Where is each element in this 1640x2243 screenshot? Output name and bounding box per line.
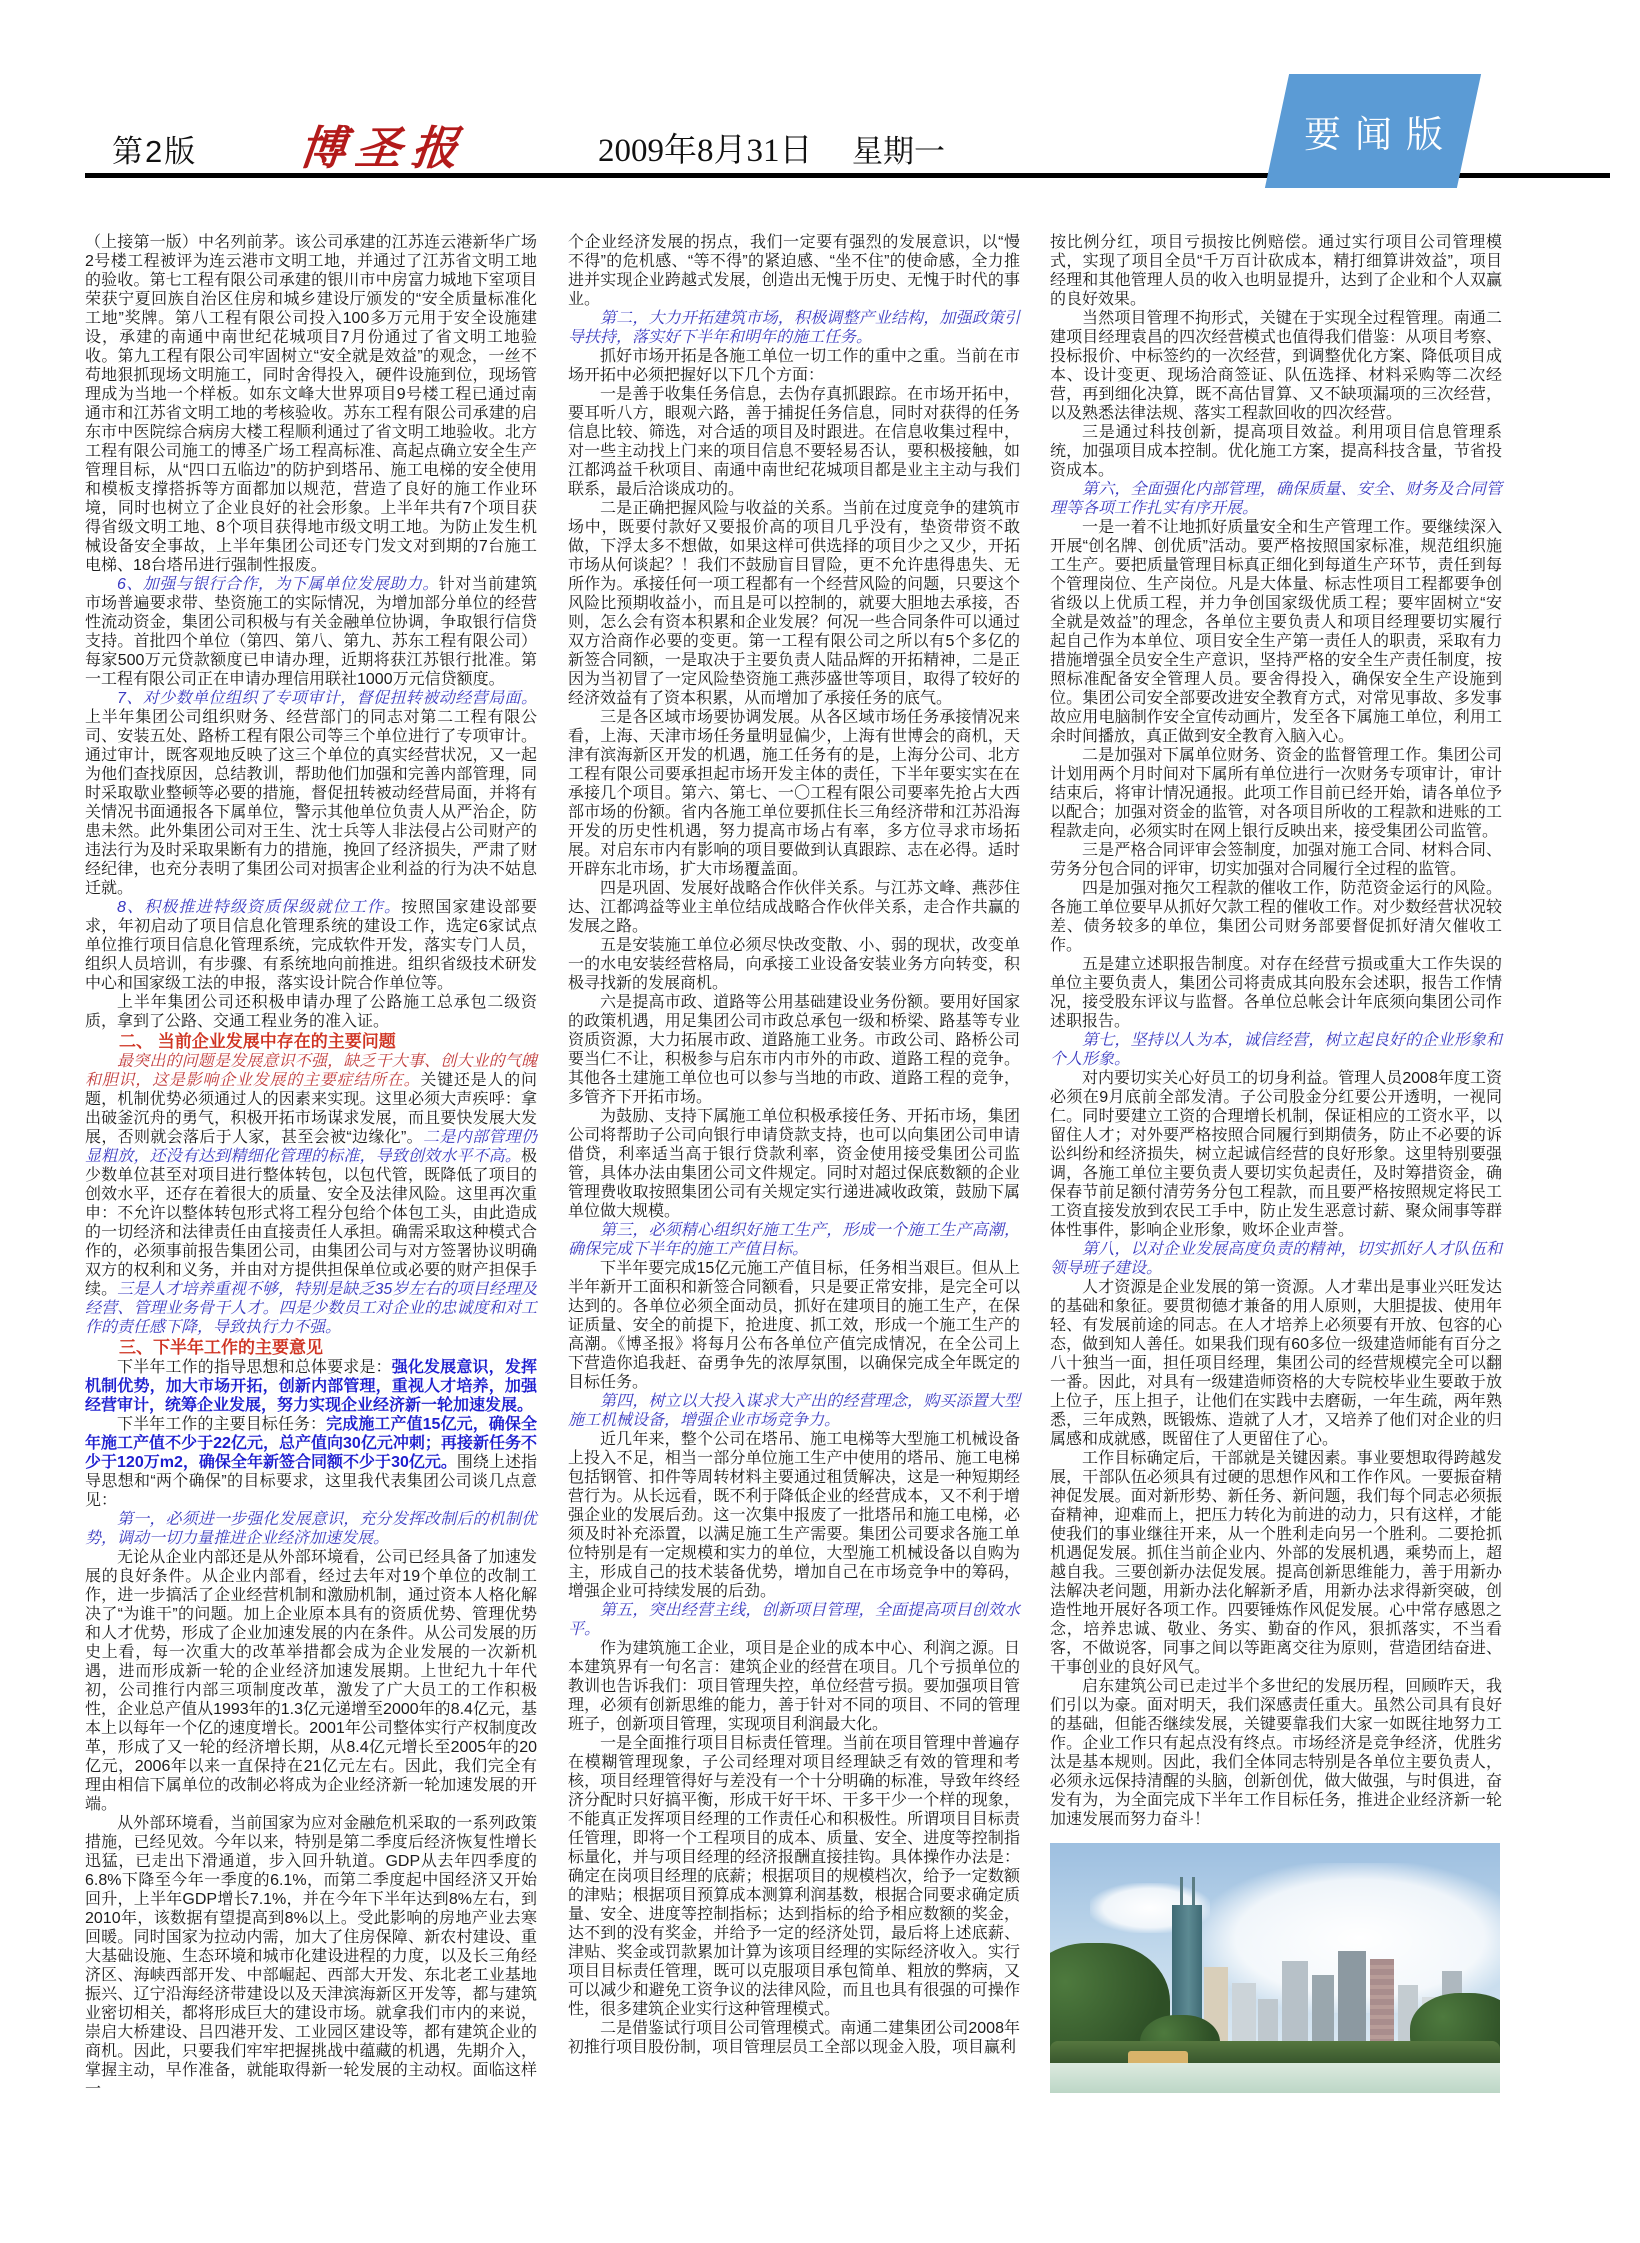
text-segment: 一是全面推行项目目标责任管理。当前在项目管理中普遍存在模糊管理现象，子公司经理对… xyxy=(568,1735,1020,2018)
paragraph: 从外部环境看，当前国家为应对金融危机采取的一系列政策措施，已经见效。今年以来，特… xyxy=(85,1814,537,2099)
paragraph: 四是巩固、发展好战略合作伙伴关系。与江苏文峰、燕莎住达、江都鸿益等业主单位结成战… xyxy=(568,879,1020,936)
text-segment: 无论从企业内部还是从外部环境看，公司已经具备了加速发展的良好条件。从企业内部看，… xyxy=(85,1549,537,1813)
text-segment: 一是一着不让地抓好质量安全和生产管理工作。要继续深入开展“创名牌、创优质”活动。… xyxy=(1050,519,1502,745)
paragraph: 一是一着不让地抓好质量安全和生产管理工作。要继续深入开展“创名牌、创优质”活动。… xyxy=(1050,518,1502,746)
paragraph: 四是加强对拖欠工程款的催收工作，防范资金运行的风险。各施工单位要早从抓好欠款工程… xyxy=(1050,879,1502,955)
text-segment: 三是严格合同评审会签制度，加强对施工合同、材料合同、劳务分包合同的评审，切实加强… xyxy=(1050,842,1502,878)
paragraph: 下半年工作的主要目标任务：完成施工产值15亿元，确保全年施工产值不少于22亿元，… xyxy=(85,1415,537,1510)
text-segment: 为鼓励、支持下属施工单位积极承接任务、开拓市场，集团公司将帮助子公司向银行申请贷… xyxy=(568,1108,1020,1220)
photo-cityscape xyxy=(1050,1843,1500,2093)
paragraph: 6、加强与银行合作，为下属单位发展助力。针对当前建筑市场普遍要求带、垫资施工的实… xyxy=(85,575,537,689)
text-segment: 7、对少数单位组织了专项审计，督促扭转被动经营局面。 xyxy=(117,690,537,707)
text-segment: 当然项目管理不拘形式，关键在于实现全过程管理。南通二建项目经理袁昌的四次经营模式… xyxy=(1050,310,1502,422)
paragraph: 按比例分红，项目亏损按比例赔偿。通过实行项目公司管理模式，实现了项目全员“千万百… xyxy=(1050,233,1502,309)
text-segment: 第四，树立以大投入谋求大产出的经营理念，购买添置大型施工机械设备，增强企业市场竞… xyxy=(568,1393,1020,1429)
text-segment: 下半年工作的指导思想和总体要求是： xyxy=(117,1359,392,1376)
paragraph: 第三，必须精心组织好施工生产，形成一个施工生产高潮，确保完成下半年的施工产值目标… xyxy=(568,1221,1020,1259)
photo-building xyxy=(1338,1951,1366,2055)
text-segment: 从外部环境看，当前国家为应对金融危机采取的一系列政策措施，已经见效。今年以来，特… xyxy=(85,1815,537,2098)
paragraph: 对内要切实关心好员工的切身利益。管理人员2008年度工资必须在9月底前全部发清。… xyxy=(1050,1069,1502,1240)
paragraph: 三是严格合同评审会签制度，加强对施工合同、材料合同、劳务分包合同的评审，切实加强… xyxy=(1050,841,1502,879)
text-segment: 按比例分红，项目亏损按比例赔偿。通过实行项目公司管理模式，实现了项目全员“千万百… xyxy=(1050,234,1502,308)
text-segment: 三、下半年工作的主要意见 xyxy=(119,1338,323,1357)
paragraph: 7、对少数单位组织了专项审计，督促扭转被动经营局面。上半年集团公司组织财务、经营… xyxy=(85,689,537,898)
paragraph: 一是善于收集任务信息，去伪存真抓跟踪。在市场开拓中，要耳听八方，眼观六路，善于捕… xyxy=(568,385,1020,499)
section-heading: 三、下半年工作的主要意见 xyxy=(85,1337,537,1358)
text-segment: 二是正确把握风险与收益的关系。当前在过度竞争的建筑市场中，既要付款好又要报价高的… xyxy=(568,500,1020,707)
issue-date: 2009年8月31日 xyxy=(598,124,813,171)
text-segment: 下半年要完成15亿元施工产值目标，任务相当艰巨。但从上半年新开工面积和新签合同额… xyxy=(568,1260,1020,1391)
paragraph: 为鼓励、支持下属施工单位积极承接任务、开拓市场，集团公司将帮助子公司向银行申请贷… xyxy=(568,1107,1020,1221)
newspaper-page: 第2版 博圣报 2009年8月31日 星期一 要闻版 （上接第一版）中名列前茅。… xyxy=(0,0,1640,2243)
paragraph: 第七，坚持以人为本，诚信经营，树立起良好的企业形象和个人形象。 xyxy=(1050,1031,1502,1069)
paragraph: 一是全面推行项目目标责任管理。当前在项目管理中普遍存在模糊管理现象，子公司经理对… xyxy=(568,1734,1020,2019)
text-segment: 8、积极推进特级资质保级就位工作。 xyxy=(117,899,401,916)
paragraph: 工作目标确定后，干部就是关键因素。事业要想取得跨越发展，干部队伍必须具有过硬的思… xyxy=(1050,1449,1502,1677)
paragraph: 第八，以对企业发展高度负责的精神，切实抓好人才队伍和领导班子建设。 xyxy=(1050,1240,1502,1278)
paragraph: 个企业经济发展的拐点，我们一定要有强烈的发展意识，以“慢不得”的危机感、“等不得… xyxy=(568,233,1020,309)
paragraph: （上接第一版）中名列前茅。该公司承建的江苏连云港新华广场2号楼工程被评为连云港市… xyxy=(85,233,537,575)
text-segment: 上半年集团公司还积极申请办理了公路施工总承包二级资质，拿到了公路、交通工程业务的… xyxy=(85,994,537,1030)
paragraph: 六是提高市政、道路等公用基础建设业务份额。要用好国家的政策机遇，用足集团公司市政… xyxy=(568,993,1020,1107)
paragraph: 第一，必须进一步强化发展意识，充分发挥改制后的机制优势，调动一切力量推进企业经济… xyxy=(85,1510,537,1548)
photo-antenna xyxy=(1192,1877,1195,1905)
text-segment: 三是各区域市场要协调发展。从各区域市场任务承接情况来看，上海、天津市场任务量明显… xyxy=(568,709,1020,878)
paragraph: 人才资源是企业发展的第一资源。人才辈出是事业兴旺发达的基础和象征。要贯彻德才兼备… xyxy=(1050,1278,1502,1449)
paragraph: 抓好市场开拓是各施工单位一切工作的重中之重。当前在市场开拓中必须把握好以下几个方… xyxy=(568,347,1020,385)
text-segment: （上接第一版）中名列前茅。该公司承建的江苏连云港新华广场2号楼工程被评为连云港市… xyxy=(85,234,537,574)
paragraph: 三是各区域市场要协调发展。从各区域市场任务承接情况来看，上海、天津市场任务量明显… xyxy=(568,708,1020,879)
text-segment: 第三，必须精心组织好施工生产，形成一个施工生产高潮，确保完成下半年的施工产值目标… xyxy=(568,1222,1020,1258)
text-segment: 六是提高市政、道路等公用基础建设业务份额。要用好国家的政策机遇，用足集团公司市政… xyxy=(568,994,1020,1106)
text-segment: 第七，坚持以人为本，诚信经营，树立起良好的企业形象和个人形象。 xyxy=(1050,1032,1502,1068)
text-segment: 二、 当前企业发展中存在的主要问题 xyxy=(119,1032,396,1051)
newspaper-logo: 博圣报 xyxy=(297,112,472,178)
text-segment: 作为建筑施工企业，项目是企业的成本中心、利润之源。日本建筑界有一句名言：建筑企业… xyxy=(568,1640,1020,1733)
text-segment: 第五，突出经营主线，创新项目管理，全面提高项目创效水平。 xyxy=(568,1602,1020,1638)
text-segment: 四是加强对拖欠工程款的催收工作，防范资金运行的风险。各施工单位要早从抓好欠款工程… xyxy=(1050,880,1502,954)
text-segment: 一是善于收集任务信息，去伪存真抓跟踪。在市场开拓中，要耳听八方，眼观六路，善于捕… xyxy=(568,386,1020,498)
photo-antenna xyxy=(1180,1877,1183,1905)
paragraph: 作为建筑施工企业，项目是企业的成本中心、利润之源。日本建筑界有一句名言：建筑企业… xyxy=(568,1639,1020,1734)
photo-boat-roof xyxy=(1128,2051,1188,2063)
text-segment: 三是通过科技创新，提高项目效益。利用项目信息管理系统，加强项目成本控制。优化施工… xyxy=(1050,424,1502,479)
paragraph: 第四，树立以大投入谋求大产出的经营理念，购买添置大型施工机械设备，增强企业市场竞… xyxy=(568,1392,1020,1430)
paragraph: 近几年来，整个公司在塔吊、施工电梯等大型施工机械设备上投入不足，相当一部分单位施… xyxy=(568,1430,1020,1601)
text-segment: 三是人才培养重视不够，特别是缺乏35岁左右的项目经理及经营、管理业务骨干人才。四… xyxy=(85,1281,537,1336)
paragraph: 二是正确把握风险与收益的关系。当前在过度竞争的建筑市场中，既要付款好又要报价高的… xyxy=(568,499,1020,708)
text-segment: 五是建立述职报告制度。对存在经营亏损或重大工作失误的单位主要负责人，集团公司将责… xyxy=(1050,956,1502,1030)
text-segment: 四是巩固、发展好战略合作伙伴关系。与江苏文峰、燕莎住达、江都鸿益等业主单位结成战… xyxy=(568,880,1020,935)
section-heading: 二、 当前企业发展中存在的主要问题 xyxy=(85,1031,537,1052)
weekday-label: 星期一 xyxy=(852,126,945,171)
text-segment: 第二，大力开拓建筑市场，积极调整产业结构，加强政策引导扶持，落实好下半年和明年的… xyxy=(568,310,1020,346)
text-segment: 下半年工作的主要目标任务： xyxy=(117,1416,326,1433)
text-column-2: 个企业经济发展的拐点，我们一定要有强烈的发展意识，以“慢不得”的危机感、“等不得… xyxy=(568,233,1020,2057)
paragraph: 第二，大力开拓建筑市场，积极调整产业结构，加强政策引导扶持，落实好下半年和明年的… xyxy=(568,309,1020,347)
text-segment: 个企业经济发展的拐点，我们一定要有强烈的发展意识，以“慢不得”的危机感、“等不得… xyxy=(568,234,1020,308)
text-segment: 上半年集团公司组织财务、经营部门的同志对第二工程有限公司、安装五处、路桥工程有限… xyxy=(85,709,537,897)
text-segment: 第八，以对企业发展高度负责的精神，切实抓好人才队伍和领导班子建设。 xyxy=(1050,1241,1502,1277)
paragraph: 无论从企业内部还是从外部环境看，公司已经具备了加速发展的良好条件。从企业内部看，… xyxy=(85,1548,537,1814)
paragraph: 第六，全面强化内部管理，确保质量、安全、财务及合同管理等各项工作扎实有序开展。 xyxy=(1050,480,1502,518)
paragraph: 下半年要完成15亿元施工产值目标，任务相当艰巨。但从上半年新开工面积和新签合同额… xyxy=(568,1259,1020,1392)
section-badge-label: 要闻版 xyxy=(1290,104,1457,158)
paragraph: 五是安装施工单位必须尽快改变散、小、弱的现状，改变单一的水电安装经营格局，向承接… xyxy=(568,936,1020,993)
paragraph: 当然项目管理不拘形式，关键在于实现全过程管理。南通二建项目经理袁昌的四次经营模式… xyxy=(1050,309,1502,423)
text-segment: 五是安装施工单位必须尽快改变散、小、弱的现状，改变单一的水电安装经营格局，向承接… xyxy=(568,937,1020,992)
text-segment: 工作目标确定后，干部就是关键因素。事业要想取得跨越发展，干部队伍必须具有过硬的思… xyxy=(1050,1450,1502,1676)
text-segment: 极少数单位甚至对项目进行整体转包，以包代管，既降低了项目的创效水平，还存在着很大… xyxy=(85,1148,537,1298)
text-segment: 人才资源是企业发展的第一资源。人才辈出是事业兴旺发达的基础和象征。要贯彻德才兼备… xyxy=(1050,1279,1502,1448)
text-column-3: 按比例分红，项目亏损按比例赔偿。通过实行项目公司管理模式，实现了项目全员“千万百… xyxy=(1050,233,1502,2093)
paragraph: 第五，突出经营主线，创新项目管理，全面提高项目创效水平。 xyxy=(568,1601,1020,1639)
text-segment: 第六，全面强化内部管理，确保质量、安全、财务及合同管理等各项工作扎实有序开展。 xyxy=(1050,481,1502,517)
paragraph: 下半年工作的指导思想和总体要求是：强化发展意识，发挥机制优势，加大市场开拓，创新… xyxy=(85,1358,537,1415)
paragraph: 二是借鉴试行项目公司管理模式。南通二建集团公司2008年初推行项目股份制，项目管… xyxy=(568,2019,1020,2057)
paragraph: 三是通过科技创新，提高项目效益。利用项目信息管理系统，加强项目成本控制。优化施工… xyxy=(1050,423,1502,480)
paragraph: 五是建立述职报告制度。对存在经营亏损或重大工作失误的单位主要负责人，集团公司将责… xyxy=(1050,955,1502,1031)
paragraph: 8、积极推进特级资质保级就位工作。按照国家建设部要求，年初启动了项目信息化管理系… xyxy=(85,898,537,993)
text-segment: 二是加强对下属单位财务、资金的监督管理工作。集团公司计划用两个月时间对下属所有单… xyxy=(1050,747,1502,840)
photo-water xyxy=(1050,2063,1500,2093)
text-segment: 6、加强与银行合作，为下属单位发展助力。 xyxy=(117,576,439,593)
text-column-1: （上接第一版）中名列前茅。该公司承建的江苏连云港新华广场2号楼工程被评为连云港市… xyxy=(85,233,537,2099)
text-segment: 近几年来，整个公司在塔吊、施工电梯等大型施工机械设备上投入不足，相当一部分单位施… xyxy=(568,1431,1020,1600)
text-segment: 启东建筑公司已走过半个多世纪的发展历程，回顾昨天，我们引以为豪。面对明天，我们深… xyxy=(1050,1678,1502,1828)
paragraph: 上半年集团公司还积极申请办理了公路施工总承包二级资质，拿到了公路、交通工程业务的… xyxy=(85,993,537,1031)
page-number-label: 第2版 xyxy=(112,126,197,171)
text-segment: 二是借鉴试行项目公司管理模式。南通二建集团公司2008年初推行项目股份制，项目管… xyxy=(568,2020,1020,2056)
paragraph: 二是加强对下属单位财务、资金的监督管理工作。集团公司计划用两个月时间对下属所有单… xyxy=(1050,746,1502,841)
text-segment: 第一，必须进一步强化发展意识，充分发挥改制后的机制优势，调动一切力量推进企业经济… xyxy=(85,1511,537,1547)
section-badge: 要闻版 xyxy=(1265,74,1481,188)
text-segment: 对内要切实关心好员工的切身利益。管理人员2008年度工资必须在9月底前全部发清。… xyxy=(1050,1070,1502,1239)
paragraph: 最突出的问题是发展意识不强，缺乏干大事、创大业的气魄和胆识，这是影响企业发展的主… xyxy=(85,1052,537,1337)
text-segment: 抓好市场开拓是各施工单位一切工作的重中之重。当前在市场开拓中必须把握好以下几个方… xyxy=(568,348,1020,384)
paragraph: 启东建筑公司已走过半个多世纪的发展历程，回顾昨天，我们引以为豪。面对明天，我们深… xyxy=(1050,1677,1502,1829)
